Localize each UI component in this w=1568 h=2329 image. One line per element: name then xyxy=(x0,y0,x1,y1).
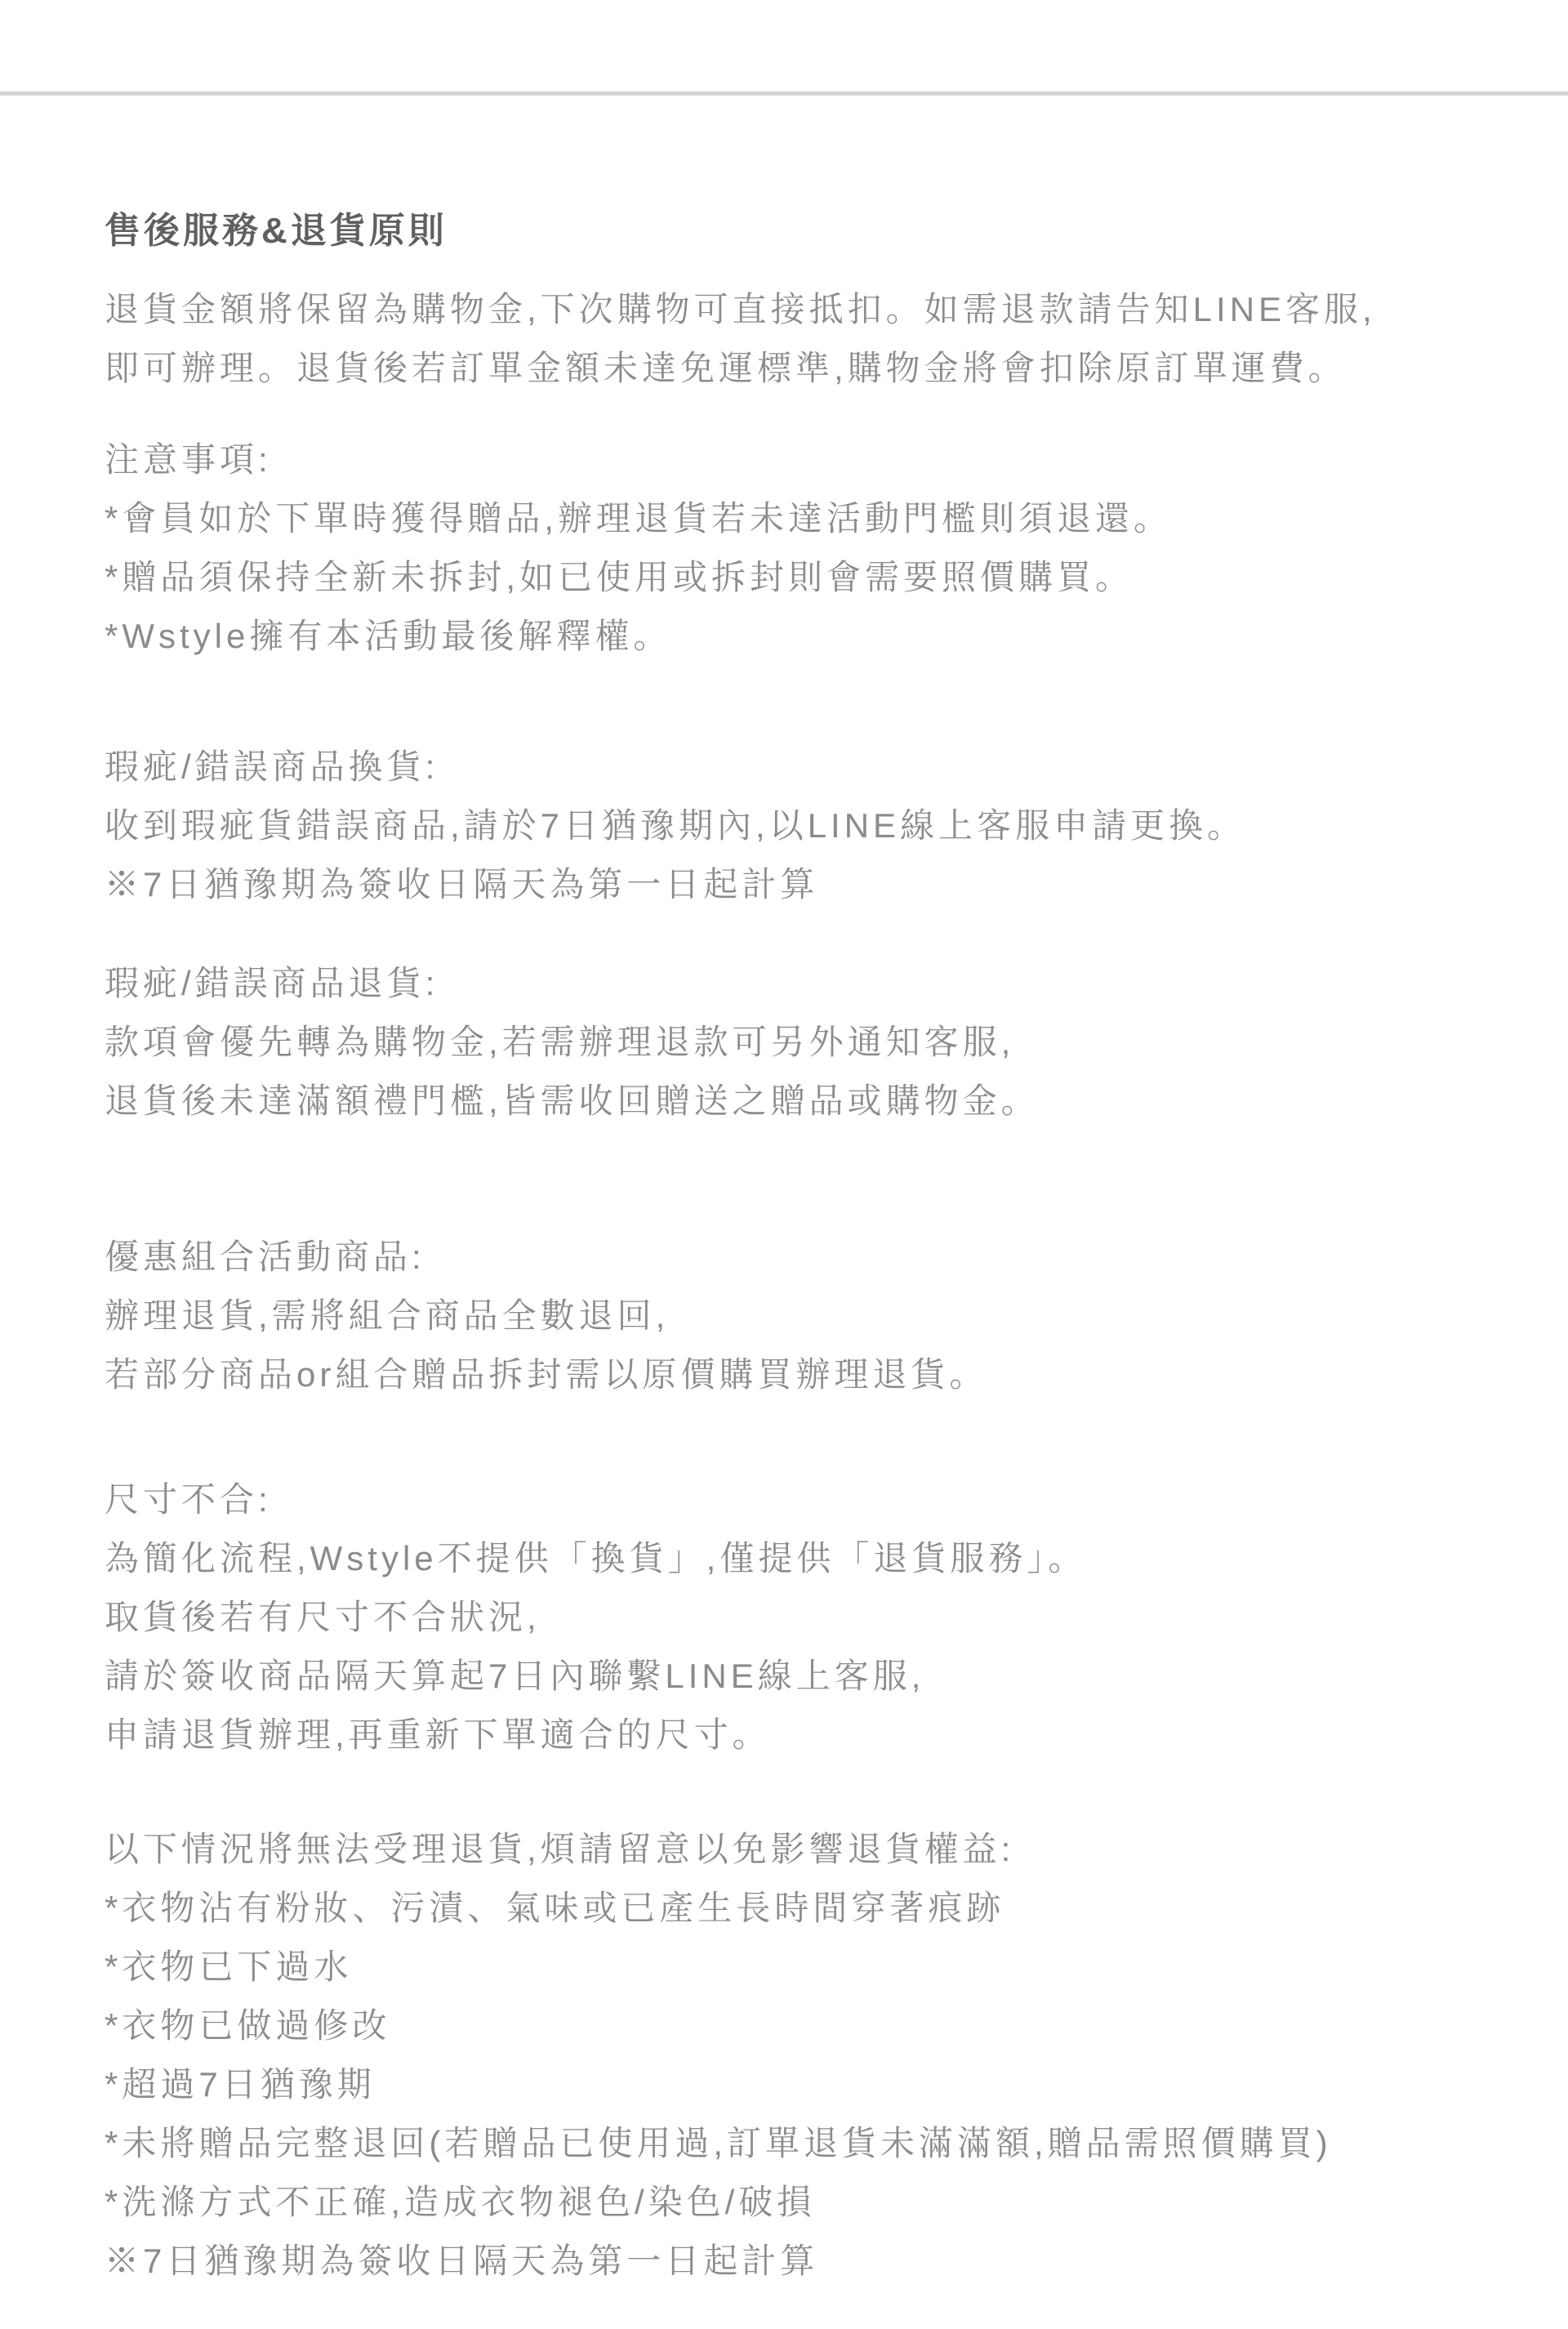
section-heading: 以下情況將無法受理退貨,煩請留意以免影響退貨權益: xyxy=(105,1820,1470,1879)
section-body: 款項會優先轉為購物金,若需辦理退款可另外通知客服,退貨後未達滿額禮門檻,皆需收回… xyxy=(105,1013,1470,1131)
policy-line: 請於簽收商品隔天算起7日內聯繫LINE線上客服, xyxy=(105,1647,1470,1706)
section-body: *衣物沾有粉妝、污漬、氣味或已產生長時間穿著痕跡*衣物已下過水*衣物已做過修改*… xyxy=(105,1879,1470,2291)
policy-line: *Wstyle擁有本活動最後解釋權。 xyxy=(105,607,1470,666)
policy-line: *衣物已下過水 xyxy=(105,1938,1470,1997)
policy-line: 若部分商品or組合贈品拆封需以原價購買辦理退貨。 xyxy=(105,1345,1470,1404)
section-notes: 注意事項: *會員如於下單時獲得贈品,辦理退貨若未達活動門檻則須退還。*贈品須保… xyxy=(105,431,1470,666)
section-body: 為簡化流程,Wstyle不提供「換貨」,僅提供「退貨服務」。取貨後若有尺寸不合狀… xyxy=(105,1529,1470,1765)
policy-line: 取貨後若有尺寸不合狀況, xyxy=(105,1588,1470,1647)
section-heading: 瑕疵/錯誤商品退貨: xyxy=(105,954,1470,1013)
policy-line: *洗滌方式不正確,造成衣物褪色/染色/破損 xyxy=(105,2173,1470,2232)
top-divider xyxy=(0,91,1568,96)
policy-line: 退貨金額將保留為購物金,下次購物可直接抵扣。如需退款請告知LINE客服, xyxy=(105,280,1470,339)
policy-line: 即可辦理。退貨後若訂單金額未達免運標準,購物金將會扣除原訂單運費。 xyxy=(105,339,1470,398)
policy-content: 售後服務&退貨原則 退貨金額將保留為購物金,下次購物可直接抵扣。如需退款請告知L… xyxy=(0,0,1568,2291)
policy-line: 申請退貨辦理,再重新下單適合的尺寸。 xyxy=(105,1706,1470,1765)
section-non-returnable-conditions: 以下情況將無法受理退貨,煩請留意以免影響退貨權益: *衣物沾有粉妝、污漬、氣味或… xyxy=(105,1820,1470,2291)
policy-line: *未將贈品完整退回(若贈品已使用過,訂單退貨未滿滿額,贈品需照價購買) xyxy=(105,2114,1470,2173)
section-heading: 優惠組合活動商品: xyxy=(105,1228,1470,1287)
section-heading: 注意事項: xyxy=(105,431,1470,489)
policy-line: 退貨後未達滿額禮門檻,皆需收回贈送之贈品或購物金。 xyxy=(105,1072,1470,1131)
section-defect-exchange: 瑕疵/錯誤商品換貨: 收到瑕疵貨錯誤商品,請於7日猶豫期內,以LINE線上客服申… xyxy=(105,738,1470,914)
policy-line: *會員如於下單時獲得贈品,辦理退貨若未達活動門檻則須退還。 xyxy=(105,489,1470,548)
policy-line: 款項會優先轉為購物金,若需辦理退款可另外通知客服, xyxy=(105,1013,1470,1072)
policy-line: 辦理退貨,需將組合商品全數退回, xyxy=(105,1287,1470,1345)
policy-line: *衣物已做過修改 xyxy=(105,1997,1470,2055)
policy-line: ※7日猶豫期為簽收日隔天為第一日起計算 xyxy=(105,2232,1470,2291)
section-heading: 瑕疵/錯誤商品換貨: xyxy=(105,738,1470,796)
policy-line: 為簡化流程,Wstyle不提供「換貨」,僅提供「退貨服務」。 xyxy=(105,1529,1470,1588)
section-body: *會員如於下單時獲得贈品,辦理退貨若未達活動門檻則須退還。*贈品須保持全新未拆封… xyxy=(105,489,1470,666)
section-body: 辦理退貨,需將組合商品全數退回,若部分商品or組合贈品拆封需以原價購買辦理退貨。 xyxy=(105,1287,1470,1404)
policy-line: *超過7日猶豫期 xyxy=(105,2055,1470,2114)
section-size-mismatch: 尺寸不合: 為簡化流程,Wstyle不提供「換貨」,僅提供「退貨服務」。取貨後若… xyxy=(105,1470,1470,1765)
policy-line: 收到瑕疵貨錯誤商品,請於7日猶豫期內,以LINE線上客服申請更換。 xyxy=(105,796,1470,855)
section-body: 收到瑕疵貨錯誤商品,請於7日猶豫期內,以LINE線上客服申請更換。※7日猶豫期為… xyxy=(105,796,1470,914)
policy-line: *贈品須保持全新未拆封,如已使用或拆封則會需要照價購買。 xyxy=(105,548,1470,607)
policy-line: *衣物沾有粉妝、污漬、氣味或已產生長時間穿著痕跡 xyxy=(105,1879,1470,1938)
section-intro: 退貨金額將保留為購物金,下次購物可直接抵扣。如需退款請告知LINE客服,即可辦理… xyxy=(105,280,1470,398)
page-title: 售後服務&退貨原則 xyxy=(105,202,1470,261)
return-policy-page: 售後服務&退貨原則 退貨金額將保留為購物金,下次購物可直接抵扣。如需退款請告知L… xyxy=(0,0,1568,2329)
section-heading: 尺寸不合: xyxy=(105,1470,1470,1529)
intro-paragraph: 退貨金額將保留為購物金,下次購物可直接抵扣。如需退款請告知LINE客服,即可辦理… xyxy=(105,280,1470,398)
policy-line: ※7日猶豫期為簽收日隔天為第一日起計算 xyxy=(105,855,1470,914)
section-defect-return: 瑕疵/錯誤商品退貨: 款項會優先轉為購物金,若需辦理退款可另外通知客服,退貨後未… xyxy=(105,954,1470,1131)
section-bundle-items: 優惠組合活動商品: 辦理退貨,需將組合商品全數退回,若部分商品or組合贈品拆封需… xyxy=(105,1228,1470,1404)
